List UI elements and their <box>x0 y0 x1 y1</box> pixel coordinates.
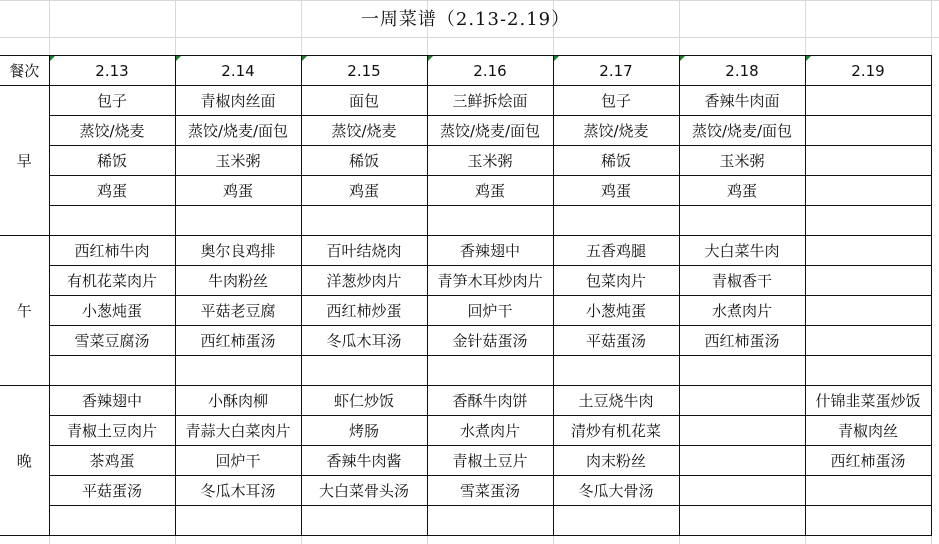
menu-cell[interactable] <box>49 506 175 536</box>
date-header[interactable]: 2.17 <box>553 56 679 86</box>
table-row: 青椒土豆肉片青蒜大白菜肉片烤肠水煮肉片清炒有机花菜青椒肉丝 <box>0 416 931 446</box>
menu-cell[interactable]: 平菇老豆腐 <box>175 296 301 326</box>
menu-cell[interactable]: 冬瓜木耳汤 <box>301 326 427 356</box>
table-row: 蒸饺/烧麦蒸饺/烧麦/面包蒸饺/烧麦蒸饺/烧麦/面包蒸饺/烧麦蒸饺/烧麦/面包 <box>0 116 931 146</box>
menu-cell[interactable] <box>805 476 931 506</box>
menu-cell[interactable]: 平菇蛋汤 <box>553 326 679 356</box>
cell-comment-indicator-icon <box>680 56 685 61</box>
menu-cell[interactable]: 鸡蛋 <box>49 176 175 206</box>
cell-comment-indicator-icon <box>50 56 55 61</box>
menu-cell[interactable]: 土豆烧牛肉 <box>553 386 679 416</box>
menu-cell[interactable]: 鸡蛋 <box>679 176 805 206</box>
menu-cell[interactable] <box>301 206 427 236</box>
menu-cell[interactable]: 冬瓜大骨汤 <box>553 476 679 506</box>
menu-cell[interactable] <box>427 506 553 536</box>
menu-cell[interactable]: 蒸饺/烧麦/面包 <box>427 116 553 146</box>
menu-cell[interactable] <box>301 356 427 386</box>
menu-cell[interactable] <box>805 356 931 386</box>
menu-cell[interactable]: 烤肠 <box>301 416 427 446</box>
menu-cell[interactable]: 冬瓜木耳汤 <box>175 476 301 506</box>
menu-cell[interactable]: 水煮肉片 <box>679 296 805 326</box>
menu-cell[interactable] <box>805 266 931 296</box>
menu-cell[interactable] <box>679 356 805 386</box>
menu-cell[interactable]: 稀饭 <box>49 146 175 176</box>
menu-cell[interactable] <box>805 506 931 536</box>
menu-cell[interactable]: 青椒土豆肉片 <box>49 416 175 446</box>
menu-cell[interactable]: 玉米粥 <box>427 146 553 176</box>
menu-cell[interactable] <box>805 296 931 326</box>
cell-comment-indicator-icon <box>176 56 181 61</box>
menu-cell[interactable]: 西红柿蛋汤 <box>805 446 931 476</box>
menu-cell[interactable]: 稀饭 <box>553 146 679 176</box>
table-row: 晚香辣翅中小酥肉柳虾仁炒饭香酥牛肉饼土豆烧牛肉什锦韭菜蛋炒饭 <box>0 386 931 416</box>
menu-cell[interactable] <box>805 146 931 176</box>
menu-cell[interactable]: 回炉干 <box>427 296 553 326</box>
menu-cell[interactable]: 香酥牛肉饼 <box>427 386 553 416</box>
menu-cell[interactable] <box>553 356 679 386</box>
menu-cell[interactable]: 青椒肉丝 <box>805 416 931 446</box>
date-header[interactable]: 2.16 <box>427 56 553 86</box>
header-row: 餐次 2.13 2.14 2.15 2.16 2.17 2.18 2.19 <box>0 56 931 86</box>
menu-cell[interactable]: 回炉干 <box>175 446 301 476</box>
table-row: 雪菜豆腐汤西红柿蛋汤冬瓜木耳汤金针菇蛋汤平菇蛋汤西红柿蛋汤 <box>0 326 931 356</box>
menu-cell[interactable]: 蒸饺/烧麦/面包 <box>679 116 805 146</box>
menu-cell[interactable]: 青椒香干 <box>679 266 805 296</box>
menu-cell[interactable]: 鸡蛋 <box>175 176 301 206</box>
menu-cell[interactable]: 大白菜牛肉 <box>679 236 805 266</box>
menu-cell[interactable]: 蒸饺/烧麦 <box>553 116 679 146</box>
date-header[interactable]: 2.13 <box>49 56 175 86</box>
menu-cell[interactable] <box>805 206 931 236</box>
cell-comment-indicator-icon <box>428 56 433 61</box>
menu-cell[interactable] <box>175 506 301 536</box>
menu-cell[interactable]: 金针菇蛋汤 <box>427 326 553 356</box>
menu-cell[interactable]: 青蒜大白菜肉片 <box>175 416 301 446</box>
menu-cell[interactable]: 西红柿蛋汤 <box>175 326 301 356</box>
menu-cell[interactable]: 香辣牛肉面 <box>679 86 805 116</box>
menu-cell[interactable] <box>679 386 805 416</box>
menu-cell[interactable] <box>679 416 805 446</box>
table-row: 小葱炖蛋平菇老豆腐西红柿炒蛋回炉干小葱炖蛋水煮肉片 <box>0 296 931 326</box>
menu-cell[interactable] <box>553 206 679 236</box>
menu-cell[interactable]: 香辣翅中 <box>427 236 553 266</box>
menu-cell[interactable]: 洋葱炒肉片 <box>301 266 427 296</box>
table-row: 平菇蛋汤冬瓜木耳汤大白菜骨头汤雪菜蛋汤冬瓜大骨汤 <box>0 476 931 506</box>
menu-cell[interactable]: 香辣翅中 <box>49 386 175 416</box>
menu-cell[interactable]: 奥尔良鸡排 <box>175 236 301 266</box>
menu-cell[interactable] <box>805 236 931 266</box>
menu-cell[interactable] <box>805 116 931 146</box>
menu-cell[interactable]: 西红柿牛肉 <box>49 236 175 266</box>
menu-cell[interactable]: 青椒肉丝面 <box>175 86 301 116</box>
menu-cell[interactable] <box>427 356 553 386</box>
meal-label[interactable]: 早 <box>0 86 49 236</box>
menu-cell[interactable]: 虾仁炒饭 <box>301 386 427 416</box>
weekly-menu-table: 餐次 2.13 2.14 2.15 2.16 2.17 2.18 2.19 早包… <box>0 55 932 536</box>
menu-cell[interactable]: 蒸饺/烧麦/面包 <box>175 116 301 146</box>
menu-cell[interactable] <box>427 206 553 236</box>
menu-cell[interactable]: 有机花菜肉片 <box>49 266 175 296</box>
menu-cell[interactable] <box>301 506 427 536</box>
menu-cell[interactable] <box>679 476 805 506</box>
menu-cell[interactable] <box>805 176 931 206</box>
menu-cell[interactable]: 西红柿炒蛋 <box>301 296 427 326</box>
table-row <box>0 356 931 386</box>
menu-cell[interactable]: 平菇蛋汤 <box>49 476 175 506</box>
cell-comment-indicator-icon <box>806 56 811 61</box>
date-header[interactable]: 2.18 <box>679 56 805 86</box>
menu-cell[interactable]: 什锦韭菜蛋炒饭 <box>805 386 931 416</box>
menu-cell[interactable]: 玉米粥 <box>679 146 805 176</box>
cell-comment-indicator-icon <box>554 56 559 61</box>
menu-cell[interactable]: 玉米粥 <box>175 146 301 176</box>
menu-cell[interactable]: 小葱炖蛋 <box>553 296 679 326</box>
cell-comment-indicator-icon <box>302 56 307 61</box>
menu-cell[interactable] <box>679 446 805 476</box>
menu-cell[interactable] <box>679 506 805 536</box>
menu-cell[interactable] <box>49 356 175 386</box>
page-title: 一周菜谱（2.13-2.19） <box>0 0 931 37</box>
menu-cell[interactable]: 大白菜骨头汤 <box>301 476 427 506</box>
menu-cell[interactable]: 青椒土豆片 <box>427 446 553 476</box>
menu-cell[interactable]: 小酥肉柳 <box>175 386 301 416</box>
menu-cell[interactable]: 西红柿蛋汤 <box>679 326 805 356</box>
menu-cell[interactable]: 包子 <box>49 86 175 116</box>
menu-cell[interactable]: 五香鸡腿 <box>553 236 679 266</box>
table-row: 午西红柿牛肉奥尔良鸡排百叶结烧肉香辣翅中五香鸡腿大白菜牛肉 <box>0 236 931 266</box>
menu-cell[interactable]: 香辣牛肉酱 <box>301 446 427 476</box>
menu-cell[interactable] <box>553 506 679 536</box>
menu-cell[interactable]: 清炒有机花菜 <box>553 416 679 446</box>
menu-cell[interactable]: 鸡蛋 <box>553 176 679 206</box>
date-header[interactable]: 2.19 <box>805 56 931 86</box>
table-row: 稀饭玉米粥稀饭玉米粥稀饭玉米粥 <box>0 146 931 176</box>
menu-cell[interactable]: 三鲜拆烩面 <box>427 86 553 116</box>
menu-cell[interactable]: 面包 <box>301 86 427 116</box>
table-row: 鸡蛋鸡蛋鸡蛋鸡蛋鸡蛋鸡蛋 <box>0 176 931 206</box>
meal-column-header[interactable]: 餐次 <box>0 56 49 86</box>
menu-cell[interactable]: 鸡蛋 <box>301 176 427 206</box>
menu-cell[interactable]: 鸡蛋 <box>427 176 553 206</box>
menu-cell[interactable]: 包子 <box>553 86 679 116</box>
table-row <box>0 506 931 536</box>
menu-cell[interactable]: 雪菜蛋汤 <box>427 476 553 506</box>
table-row <box>0 206 931 236</box>
table-row: 茶鸡蛋回炉干香辣牛肉酱青椒土豆片肉末粉丝西红柿蛋汤 <box>0 446 931 476</box>
menu-cell[interactable]: 茶鸡蛋 <box>49 446 175 476</box>
table-row: 早包子青椒肉丝面面包三鲜拆烩面包子香辣牛肉面 <box>0 86 931 116</box>
menu-cell[interactable] <box>679 206 805 236</box>
menu-cell[interactable] <box>175 356 301 386</box>
menu-cell[interactable]: 水煮肉片 <box>427 416 553 446</box>
menu-cell[interactable]: 小葱炖蛋 <box>49 296 175 326</box>
date-header[interactable]: 2.14 <box>175 56 301 86</box>
menu-cell[interactable] <box>175 206 301 236</box>
meal-label[interactable]: 晚 <box>0 386 49 536</box>
menu-cell[interactable] <box>805 326 931 356</box>
menu-cell[interactable] <box>805 86 931 116</box>
menu-cell[interactable]: 包菜肉片 <box>553 266 679 296</box>
meal-label[interactable]: 午 <box>0 236 49 386</box>
menu-cell[interactable]: 稀饭 <box>301 146 427 176</box>
menu-cell[interactable]: 蒸饺/烧麦 <box>49 116 175 146</box>
menu-cell[interactable]: 雪菜豆腐汤 <box>49 326 175 356</box>
menu-cell[interactable]: 百叶结烧肉 <box>301 236 427 266</box>
menu-cell[interactable]: 牛肉粉丝 <box>175 266 301 296</box>
menu-cell[interactable] <box>49 206 175 236</box>
menu-cell[interactable]: 肉末粉丝 <box>553 446 679 476</box>
menu-cell[interactable]: 蒸饺/烧麦 <box>301 116 427 146</box>
date-header[interactable]: 2.15 <box>301 56 427 86</box>
menu-cell[interactable]: 青笋木耳炒肉片 <box>427 266 553 296</box>
table-row: 有机花菜肉片牛肉粉丝洋葱炒肉片青笋木耳炒肉片包菜肉片青椒香干 <box>0 266 931 296</box>
